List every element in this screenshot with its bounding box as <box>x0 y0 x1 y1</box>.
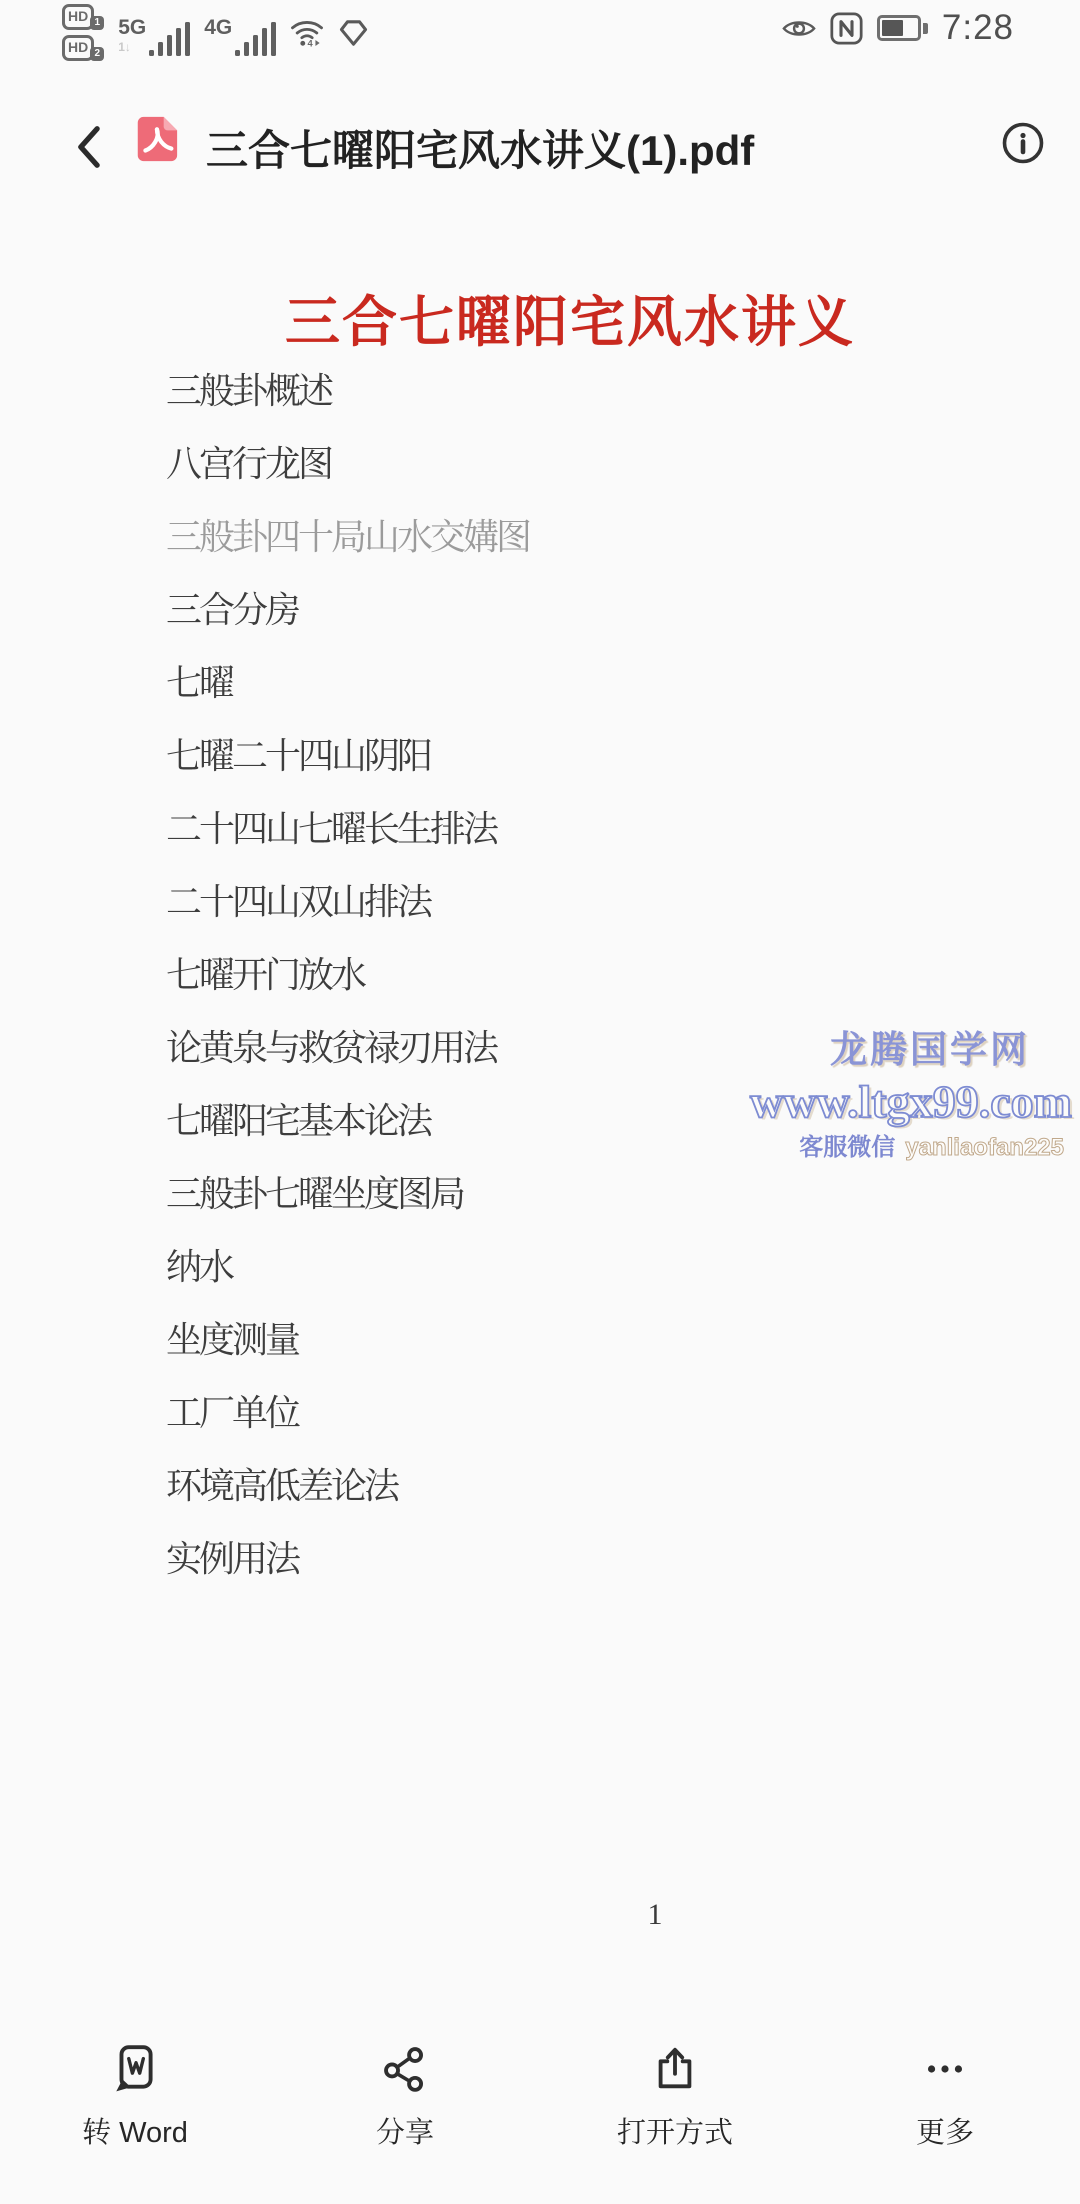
toc-item: 七曜开门放水 <box>166 936 529 1009</box>
export-arrow-icon <box>651 2042 699 2096</box>
word-document-icon <box>109 2042 161 2096</box>
page-title: 三合七曜阳宅风水讲义(1).pdf <box>206 118 976 178</box>
open-with-button[interactable]: 打开方式 <box>540 2032 810 2204</box>
toc-item: 论黄泉与救贫禄刃用法 <box>166 1009 529 1082</box>
toolbar-label: 更多 <box>916 2110 974 2151</box>
status-bar-right: 7:28 <box>782 6 1014 50</box>
watermark-site-url: www.ltgx99.com <box>750 1077 1072 1128</box>
svg-text:4: 4 <box>308 38 314 47</box>
nfc-icon <box>830 12 863 45</box>
toc-item: 七曜 <box>166 644 529 717</box>
watermark-contact-label: 客服微信 <box>799 1134 895 1161</box>
toc-item: 三般卦概述 <box>166 352 529 425</box>
hd2-badge: HD2 <box>62 35 94 61</box>
toc-item: 七曜二十四山阴阳 <box>166 717 529 790</box>
status-bar: HD1 HD2 5G 1↓ 4G <box>0 0 1080 56</box>
watermark-contact: 客服微信yanliaofan225 <box>750 1135 1064 1161</box>
signal-5g: 5G 1↓ <box>118 10 190 56</box>
toc-item: 坐度测量 <box>166 1301 529 1374</box>
app-header: 三合七曜阳宅风水讲义(1).pdf <box>0 108 1080 188</box>
toc-item: 八宫行龙图 <box>166 425 529 498</box>
toolbar-label: 分享 <box>376 2110 434 2151</box>
hd1-badge: HD1 <box>62 4 94 30</box>
info-button[interactable] <box>1001 121 1045 165</box>
toc-item: 实例用法 <box>166 1520 529 1593</box>
toc-item: 二十四山七曜长生排法 <box>166 790 529 863</box>
document-heading: 三合七曜阳宅风水讲义 <box>30 278 1080 357</box>
battery-icon <box>877 15 928 41</box>
pdf-file-icon <box>132 114 180 164</box>
status-bar-left: HD1 HD2 5G 1↓ 4G <box>62 4 369 61</box>
back-chevron-icon <box>74 124 103 170</box>
sim2-index: 2 <box>90 47 104 61</box>
gem-icon <box>338 18 369 48</box>
watermark-site-name: 龙腾国学网 <box>750 1030 1030 1071</box>
toc-item: 七曜阳宅基本论法 <box>166 1082 529 1155</box>
toc-item: 纳水 <box>166 1228 529 1301</box>
wifi-icon: 4 <box>290 18 324 48</box>
share-button[interactable]: 分享 <box>270 2032 540 2204</box>
page-number: 1 <box>630 1898 680 1932</box>
clock-time: 7:28 <box>942 8 1014 48</box>
toc-item: 二十四山双山排法 <box>166 863 529 936</box>
sim1-index: 1 <box>90 16 104 30</box>
watermark-contact-value: yanliaofan225 <box>905 1134 1064 1161</box>
toc-item: 三般卦四十局山水交媾图 <box>166 498 529 571</box>
bottom-toolbar: 转 Word 分享 打开方式 <box>0 2032 1080 2204</box>
back-button[interactable] <box>74 122 108 172</box>
table-of-contents: 三般卦概述 八宫行龙图 三般卦四十局山水交媾图 三合分房 七曜 七曜二十四山阴阳… <box>166 352 529 1593</box>
share-nodes-icon <box>381 2042 429 2096</box>
info-icon <box>1001 121 1045 165</box>
more-button[interactable]: 更多 <box>810 2032 1080 2204</box>
toc-item: 三合分房 <box>166 571 529 644</box>
network-5g-sub-indicator: 1↓ <box>118 40 131 54</box>
convert-to-word-button[interactable]: 转 Word <box>0 2032 270 2204</box>
toc-item: 工厂单位 <box>166 1374 529 1447</box>
toc-item: 三般卦七曜坐度图局 <box>166 1155 529 1228</box>
pdf-viewer-screen: HD1 HD2 5G 1↓ 4G <box>0 0 1080 2204</box>
watermark: 龙腾国学网 www.ltgx99.com 客服微信yanliaofan225 <box>750 1030 1072 1162</box>
signal-bars-icon <box>235 20 276 56</box>
hd-badges: HD1 HD2 <box>62 4 94 61</box>
eye-comfort-icon <box>782 17 816 40</box>
toolbar-label: 转 Word <box>82 2110 188 2151</box>
ellipsis-icon <box>921 2042 969 2096</box>
network-4g-label: 4G <box>204 17 232 38</box>
signal-4g: 4G <box>204 10 276 56</box>
network-5g-label: 5G <box>118 17 146 38</box>
toolbar-label: 打开方式 <box>617 2110 733 2151</box>
signal-bars-icon <box>149 20 190 56</box>
toc-item: 环境高低差论法 <box>166 1447 529 1520</box>
